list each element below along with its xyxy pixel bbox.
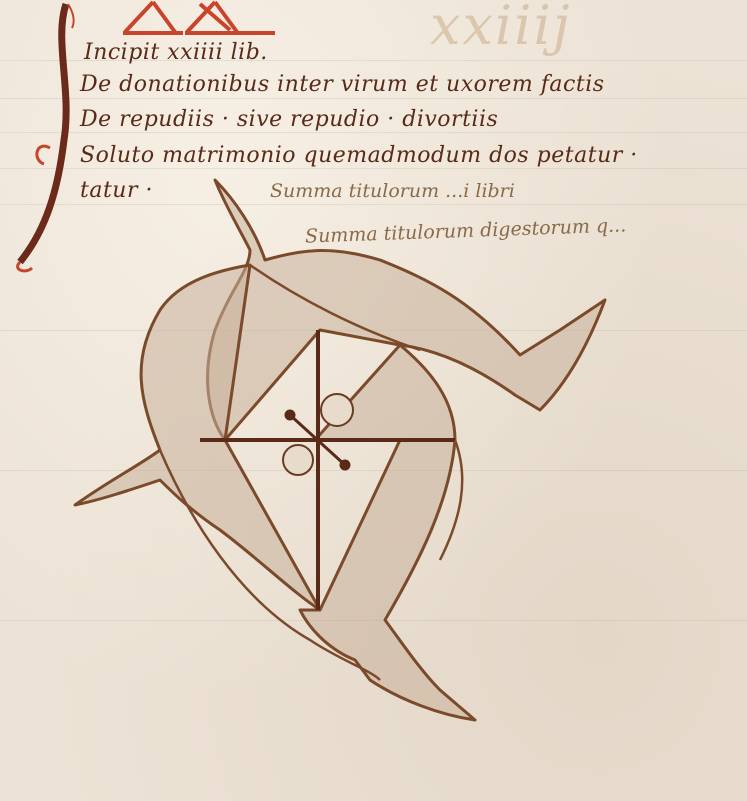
ruling-line [0,168,747,169]
rubric-numeral [115,0,275,40]
text-line-3: De repudiis · sive repudio · divortiis [80,107,498,132]
text-line-4: Soluto matrimonio quemadmodum dos petatu… [80,143,638,168]
text-line-1: Incipit xxiiii lib. [84,40,268,65]
triskelion-illustration [60,175,620,735]
manuscript-page: xxiiij Incipit xxiiii lib. De donationib… [0,0,747,801]
ruling-line [0,98,747,99]
faint-heading: xxiiij [430,0,571,57]
ruling-line [0,132,747,133]
text-line-2: De donationibus inter virum et uxorem fa… [80,72,605,97]
